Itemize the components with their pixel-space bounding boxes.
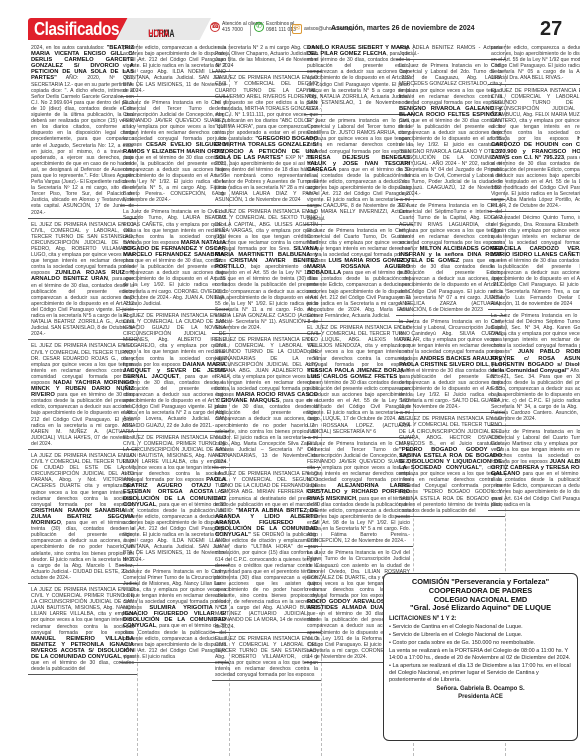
ad-text: para que en el término de 30 días contad… (307, 270, 410, 319)
ad-text: LA JUEZ DE PRIMERA INSTANCIA EN LO CIVIL… (31, 587, 134, 636)
ad-text: 2024, en los autos caratulados: (31, 45, 107, 51)
ad-text: LA JUEZ DE PRIMERA INSTANCIA EN LO CIVIL… (31, 453, 134, 508)
ad-text: Año. 2017, N° 421, Sec. 34. Para que en … (491, 368, 580, 423)
ad-text: , para que en el término de 30 días, con… (123, 252, 226, 307)
classified-ad: La Juezadel Décimo Quinto Turno, interin… (488, 214, 580, 309)
ad-text: EL JUEZ DE PRIMERA INSTANCIA EN LO CIVIL… (215, 337, 318, 398)
signature-title: Presidenta ACE (389, 694, 572, 701)
whatsapp-icon: ✆ (254, 22, 264, 32)
ad-text: , bajo apercibimiento de lo dispuesto en… (215, 264, 318, 331)
ad-text: , para que en el término de 30 días, con… (123, 374, 226, 429)
ad-text: para que en término de 30 días contados … (307, 374, 410, 435)
ad-text: para que en el término de 30 días contad… (491, 252, 580, 307)
ad-text: El Juez de Primera Instancia en lo Civil… (123, 100, 226, 149)
page-number: 27 (540, 18, 562, 41)
ad-parties: GRACIELA CARDOZO VERA y MARIO ISIDRO LLA… (491, 246, 580, 258)
mail-icon: ✉ (292, 24, 302, 34)
ad-text: , para que en el término de 30 días cont… (123, 149, 226, 204)
ad-text: AÑO: 2020, Nº 381, SECRETARIA 12.- que e… (31, 75, 134, 215)
ad-text: , para que en el término de 30 días cont… (399, 362, 502, 411)
ad-text: presente edicto, comparezca a deducir su… (491, 45, 580, 81)
ad-text: Abg. ADELA BENITEZ RAMOS - Actuaria Judi… (399, 45, 502, 57)
ad-text: EL JUEZ DE PRIMERA INSTANCIA EN LO CIVIL… (123, 313, 226, 368)
classified-ad: EL JUEZ DE PRIMERA INSTANCIA EN LO CIVIL… (488, 87, 580, 213)
classified-ad: El Juez de Primera Instancia en lo Civil… (488, 428, 580, 511)
ad-text: para que en el término de 30 días contad… (399, 258, 502, 313)
sale-info: La venta se realizará en la PORTERIA del… (389, 648, 572, 662)
ad-text: presente edicto, comparezcan a deducir s… (123, 45, 226, 94)
ad-text: para que en el término de 30 días contad… (399, 118, 502, 197)
notice-item: • Costo por cada sobre es de Gs. 150.000… (389, 640, 572, 647)
section-banner: Clasificados (28, 18, 128, 40)
ad-text: para que en el término de 30 días contad… (491, 471, 580, 507)
ad-text: SE ORDENÓ la publicación de los edictos … (215, 532, 318, 629)
ad-text: EL JUEZ DE PRIMERA INSTANCIA EN LO CIVIL… (215, 75, 318, 142)
publication-date: Asunción, martes 26 de noviembre de 2024 (331, 25, 475, 32)
phone-icon: ☎ (210, 22, 220, 32)
opening-info: • La apertura se realizará el día 13 de … (389, 663, 572, 684)
ad-text: , cita y emplaza por quince veces a los … (399, 465, 502, 514)
ad-text: El Juez de Primera Instancia en lo Civil… (399, 203, 502, 252)
ad-text: , para que en el término de 30 días cont… (307, 496, 410, 545)
ad-text: para que en término de 30 días contados … (31, 392, 134, 447)
classified-ad: La Juez de Primera Instancia en lo Civil… (488, 312, 580, 426)
notice-item: • Servicio de Librería en el Colegio Nac… (389, 632, 572, 639)
ad-text: EL JUEZ DE PRIMERA INSTANCIA EN LO CIVIL… (399, 416, 502, 446)
ad-parties: MANUEL REIMERIO VILLALBA BENITEZ Y PETRO… (31, 636, 134, 660)
ad-text: , para que en el término de treinta (30)… (31, 520, 134, 581)
ad-text: , para que en el término de 30 días, con… (31, 276, 134, 337)
ad-text: , para que en el término de 30 días cont… (491, 155, 580, 210)
ad-text: El Juez de primera instancia en lo Civil… (307, 118, 410, 154)
ad-text: , para que en el plazo de 30 días, conta… (215, 398, 318, 465)
ad-text: , para que en el término de 30 días. Con… (123, 623, 226, 659)
ad-text: EXP N° 285 - 2023, bajo apercibimiento d… (215, 155, 318, 204)
logo-hora: HORA (148, 28, 169, 40)
ad-text: , para que en el término de 30 días, con… (307, 51, 410, 112)
ad-text: La Juez de Primera Instancia en lo Civil… (399, 63, 502, 106)
ad-text: El Juez de Primera Instancia en lo Civil… (307, 441, 410, 490)
divider (290, 22, 291, 36)
ad-text: en la secretaría N° 2 a mi cargo Abg. Ca… (215, 45, 318, 69)
newspaper-logo: ULTIMAHORA (116, 18, 211, 40)
ad-parties: BENIGNO RIVAROLA GALEANO y BLANCA ROCIO … (399, 106, 502, 118)
signature-name: Señora. Gabriela B. Ocampo S. (389, 686, 572, 693)
ad-text: EL JUEZ DE PRIMERA INSTANCIA EN LO CIVIL… (491, 88, 580, 143)
cooperadora-notice-box: COMISIÓN "Perseverancia y Fortaleza" COO… (383, 573, 578, 741)
notice-item: • Servicio de Cantina en el Colegio Naci… (389, 624, 572, 631)
ad-text: EL JUEZ DE PRIMERA INSTANCIA EN LO CIVIL… (123, 435, 226, 484)
page-header: Clasificados ULTIMAHORA ☎ Atención al cl… (0, 18, 580, 40)
ad-text: EL JUEZ DE PRIMERA INSTANCIA EN LO CIVIL… (31, 222, 134, 277)
ad-text: para que en el término de 30 días, conta… (307, 167, 410, 222)
classified-ad: presente edicto, comparezca a deducir su… (488, 44, 580, 85)
notice-heading-4: "Gral. José Elizardo Aquino" DE LUQUE (389, 604, 572, 613)
ad-text: , para que en el término de 30 días, con… (123, 502, 226, 563)
ad-text: EL JUEZ DE PRIMERA INSTANCIA EN LO CIVIL… (215, 636, 318, 679)
ad-text: La Juezadel Décimo Quinto Turno, interin… (491, 215, 580, 245)
licitaciones-title: LICITACIONES Nº 1 Y 2: (389, 616, 572, 623)
section-title: Clasificados (34, 19, 119, 40)
ad-parties: YESSICA PAOLA JIMENEZ BORJA Y LUIS CARLO… (307, 368, 410, 380)
divider (250, 22, 251, 36)
ad-text: EL JUEZ DE PRIMERA INSTANCIA EN LO CIVIL… (307, 325, 410, 368)
